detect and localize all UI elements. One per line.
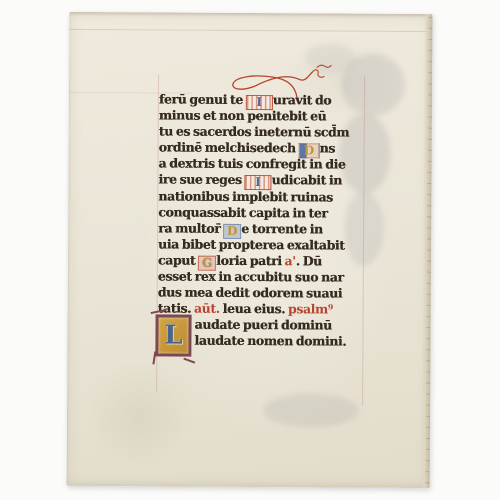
text-segment: a' [285,253,296,268]
text-segment: aūt. [194,301,220,316]
text-segment: leua eius. [220,301,288,316]
text-segment: uravit do [273,92,331,107]
text-segment: . Dū [296,253,322,268]
crease-line [69,29,432,32]
text-segment: uia bibet propterea exaltabit [158,236,345,252]
text-line: conquassabit capita in ter [158,204,370,221]
text-line: ra multor̄ De torrente in [158,220,370,237]
text-segment: esset rex in accubitu suo nar [158,268,344,284]
text-line: nationibus implebit ruinas [158,188,370,205]
text-segment: laudate nomen domini. [194,333,346,349]
text-line: ire sue reges Iudicabit in [158,172,370,189]
text-segment: a dextris tuis confregit in die [158,156,345,172]
photo-background: ferū genui te Iuravit dominus et non pen… [0,0,500,500]
text-segment: conquassabit capita in ter [158,204,327,220]
text-segment: caput [158,252,198,267]
initial-corner-spike [183,358,195,364]
text-segment: ferū genui te [159,91,246,107]
text-segment: ns [319,141,334,156]
manuscript-leaf: ferū genui te Iuravit dominus et non pen… [67,12,433,488]
illuminated-initial-L: L [155,314,191,356]
text-line: ferū genui te Iuravit do [159,91,371,108]
text-line: ordinē melchisedech Dns [159,140,371,157]
text-line: uia bibet propterea exaltabit [158,236,370,253]
text-segment: tu es sacerdos ineternū scd̄m [159,124,349,140]
text-line: a dextris tuis confregit in die [158,156,370,173]
text-block: ferū genui te Iuravit dominus et non pen… [157,91,371,350]
text-segment: ordinē melchisedech [159,140,299,156]
offset-smudge [263,393,359,428]
text-line: tu es sacerdos ineternū scd̄m [159,124,371,141]
text-line: minus et non penitebit eū [159,108,371,125]
text-line: caput Gloria patri a'. Dū [158,252,370,269]
text-segment: nationibus implebit ruinas [158,188,332,204]
text-line: dus mea dedit odorem suaui [158,285,370,302]
text-segment: e torrente in [241,221,322,236]
text-segment: psalm⁹ [288,301,333,316]
text-segment: ire sue reges [158,172,244,188]
text-segment: audate pueri dominū [194,317,331,333]
text-segment: udicabit in [271,173,341,188]
initial-letter: L [164,322,182,348]
text-segment: minus et non penitebit eū [159,108,326,124]
text-line: esset rex in accubitu suo nar [158,268,370,285]
text-segment: loria patri [216,253,284,268]
text-segment: dus mea dedit odorem suaui [158,285,342,301]
text-segment: ra multor̄ [158,220,223,235]
